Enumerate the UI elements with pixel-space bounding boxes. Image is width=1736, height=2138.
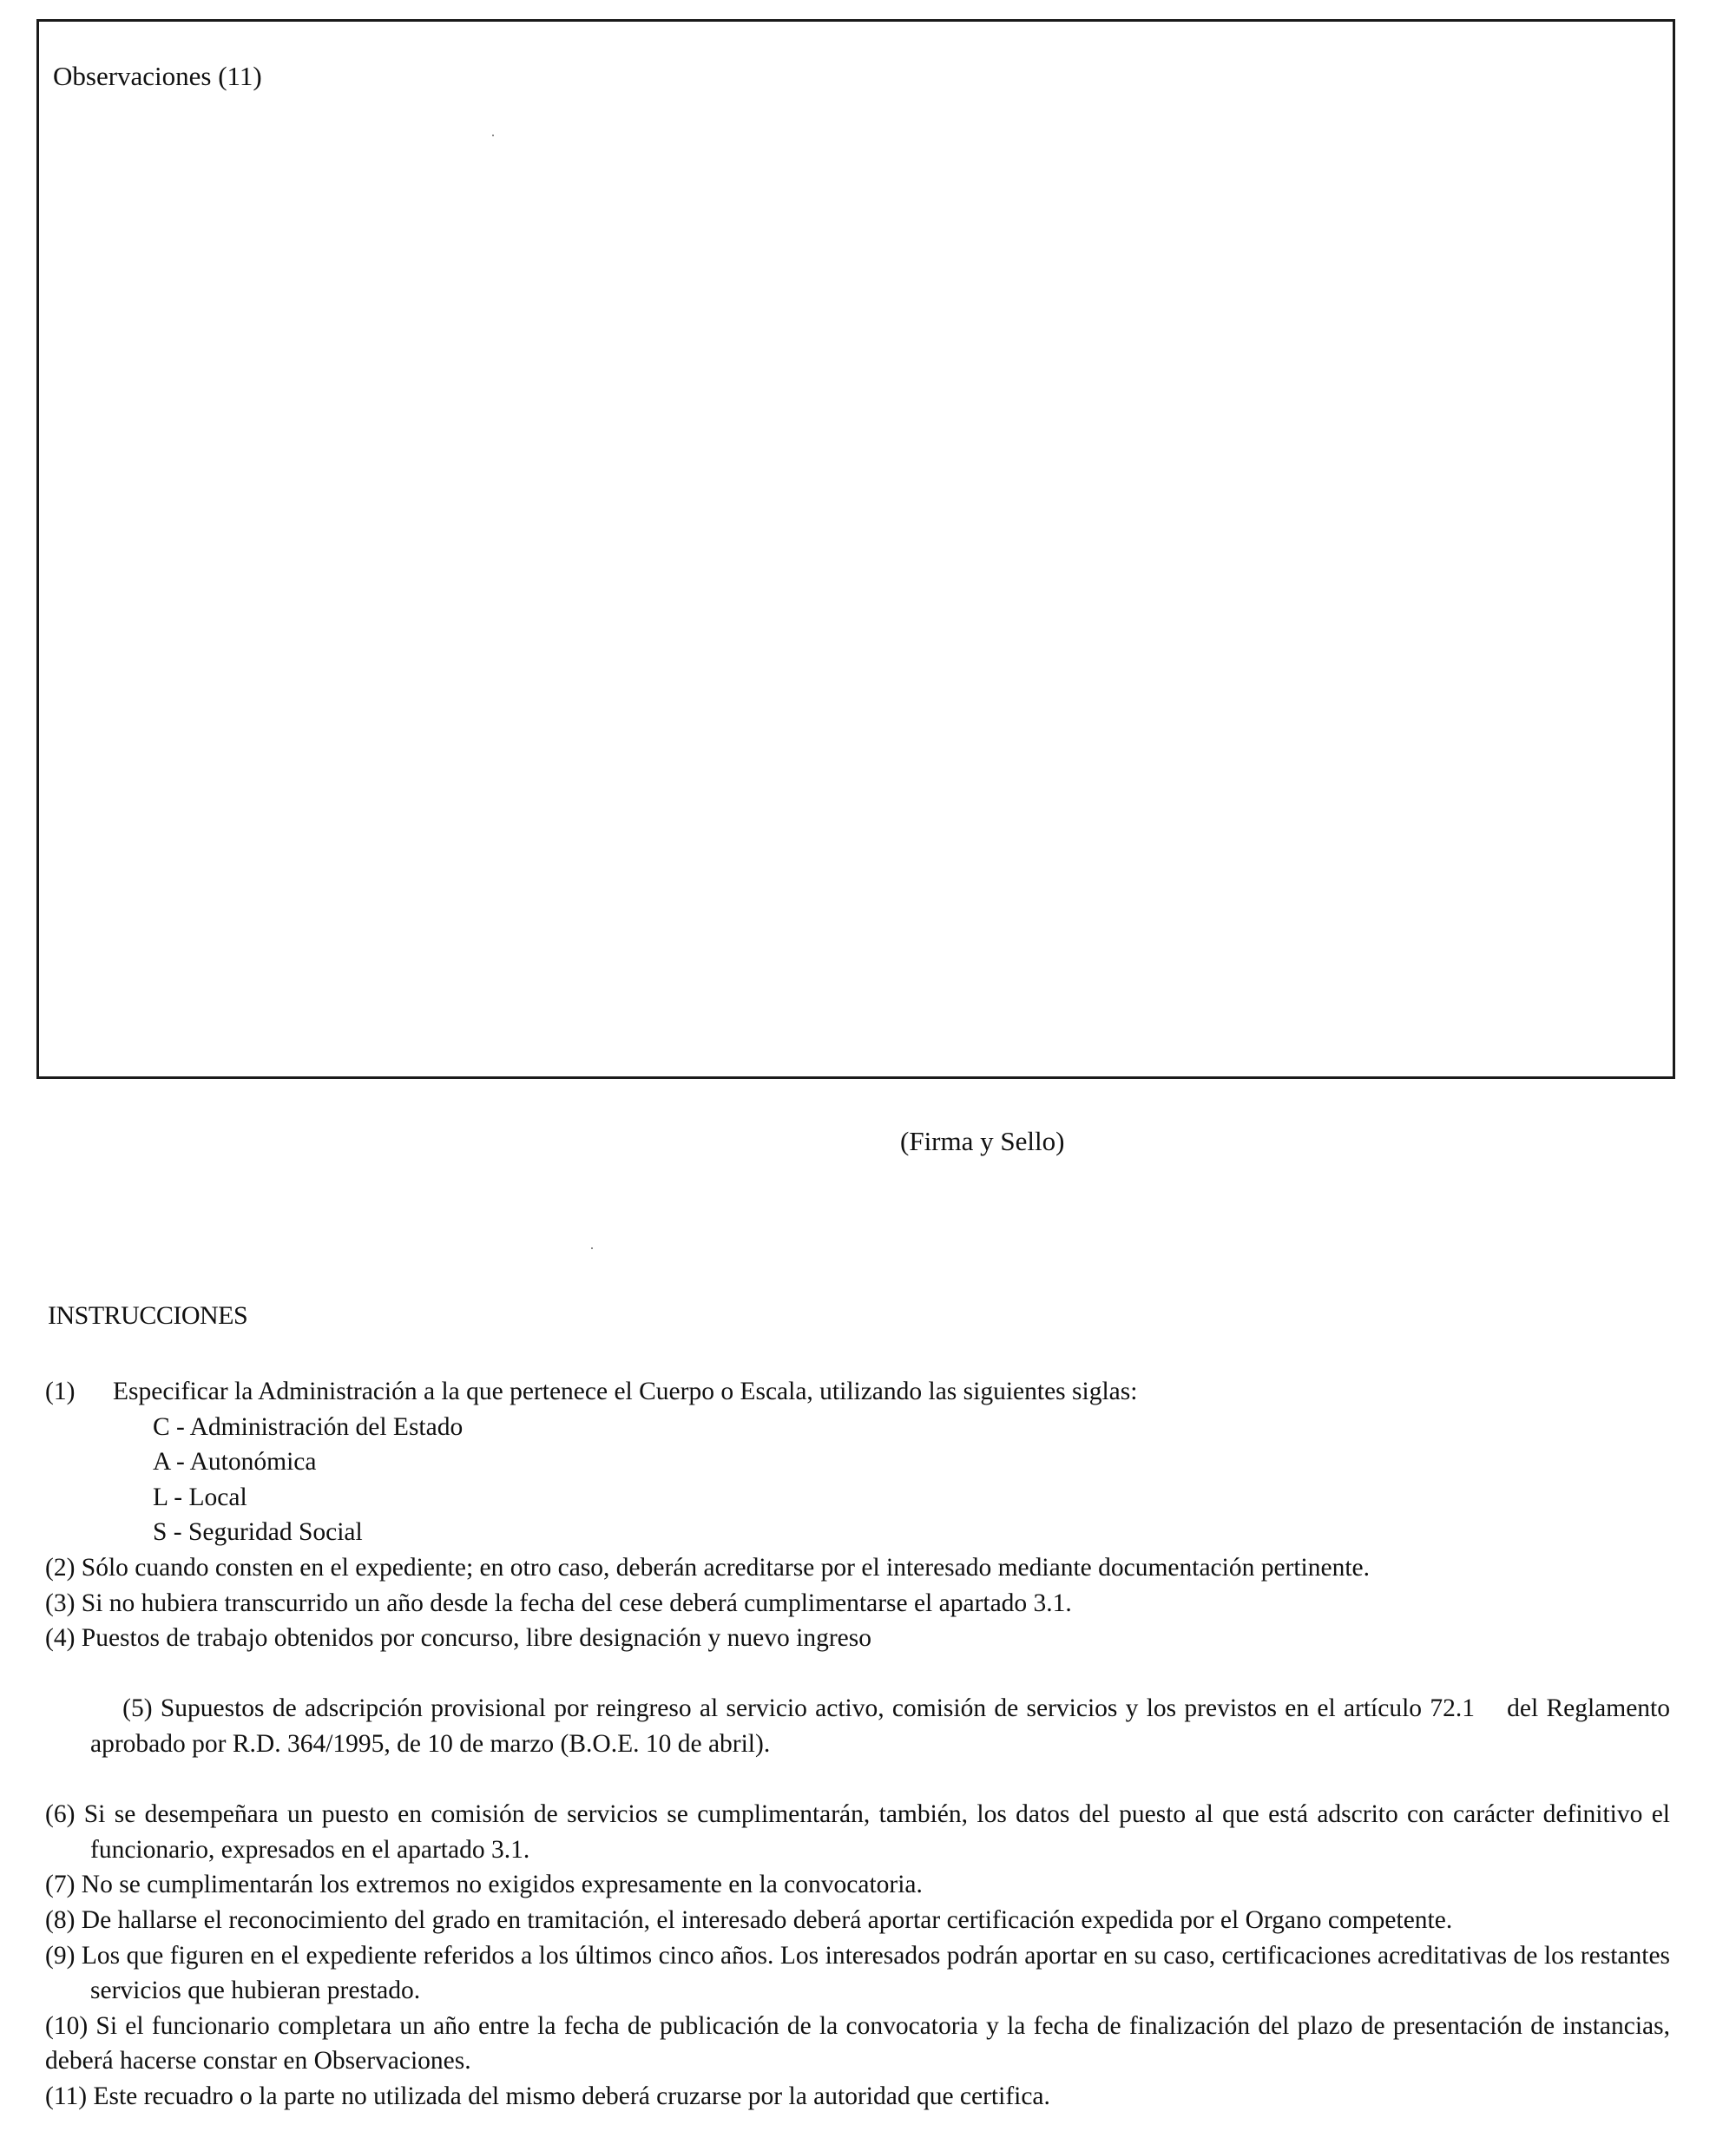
instruction-text: Supuestos de adscripción provisional por… [90,1694,1676,1758]
instruction-number: (10) [45,2012,88,2040]
instruction-item-3: (3) Si no hubiera transcurrido un año de… [45,1586,1670,1622]
instruction-number: (2) [45,1554,75,1582]
instruction-item-7: (7) No se cumplimentarán los extremos no… [45,1867,1670,1903]
instruction-text: Sólo cuando consten en el expediente; en… [82,1554,1370,1582]
sigla-item: C - Administración del Estado [45,1410,1670,1445]
instruction-number: (8) [45,1906,75,1934]
instructions-list: (1)Especificar la Administración a la qu… [45,1374,1670,2114]
signature-label: (Firma y Sello) [900,1126,1064,1157]
instruction-item-9: (9) Los que figuren en el expediente ref… [45,1938,1670,2009]
observations-title: Observaciones (11) [53,61,262,92]
instruction-number: (4) [45,1624,75,1652]
instruction-text: Si el funcionario completara un año entr… [45,2012,1670,2076]
instruction-number: (6) [45,1800,75,1828]
instruction-item-11: (11) Este recuadro o la parte no utiliza… [45,2079,1670,2115]
instruction-item-4: (4) Puestos de trabajo obtenidos por con… [45,1621,1670,1656]
instruction-item-8: (8) De hallarse el reconocimiento del gr… [45,1903,1670,1938]
instruction-item-2: (2) Sólo cuando consten en el expediente… [45,1550,1670,1586]
instructions-heading: INSTRUCCIONES [48,1300,247,1332]
sigla-item: A - Autonómica [45,1444,1670,1480]
instruction-text: No se cumplimentarán los extremos no exi… [82,1871,923,1898]
instruction-text: Si no hubiera transcurrido un año desde … [82,1589,1072,1617]
instruction-item-10: (10) Si el funcionario completara un año… [45,2009,1670,2079]
instruction-text: De hallarse el reconocimiento del grado … [82,1906,1452,1934]
instruction-text: Puestos de trabajo obtenidos por concurs… [82,1624,871,1652]
instruction-number: (7) [45,1871,75,1898]
scan-speck [492,135,494,136]
instruction-text: Los que figuren en el expediente referid… [82,1942,1670,2005]
sigla-item: L - Local [45,1480,1670,1516]
instruction-item-5: (5) Supuestos de adscripción provisional… [45,1656,1670,1797]
instruction-number: (9) [45,1942,75,1970]
instruction-number: (11) [45,2082,87,2110]
scan-speck [591,1247,593,1249]
instruction-number: (3) [45,1589,75,1617]
instruction-text: Especificar la Administración a la que p… [113,1378,1137,1405]
sigla-item: S - Seguridad Social [45,1515,1670,1550]
instruction-text: Si se desempeñara un puesto en comisión … [84,1800,1670,1864]
instruction-item-1: (1)Especificar la Administración a la qu… [45,1374,1670,1410]
observations-box[interactable]: Observaciones (11) [36,19,1675,1079]
instruction-item-6: (6) Si se desempeñara un puesto en comis… [45,1797,1670,1867]
instruction-text: Este recuadro o la parte no utilizada de… [93,2082,1049,2110]
instruction-number: (1) [45,1374,113,1410]
instruction-number: (5) [122,1694,152,1722]
